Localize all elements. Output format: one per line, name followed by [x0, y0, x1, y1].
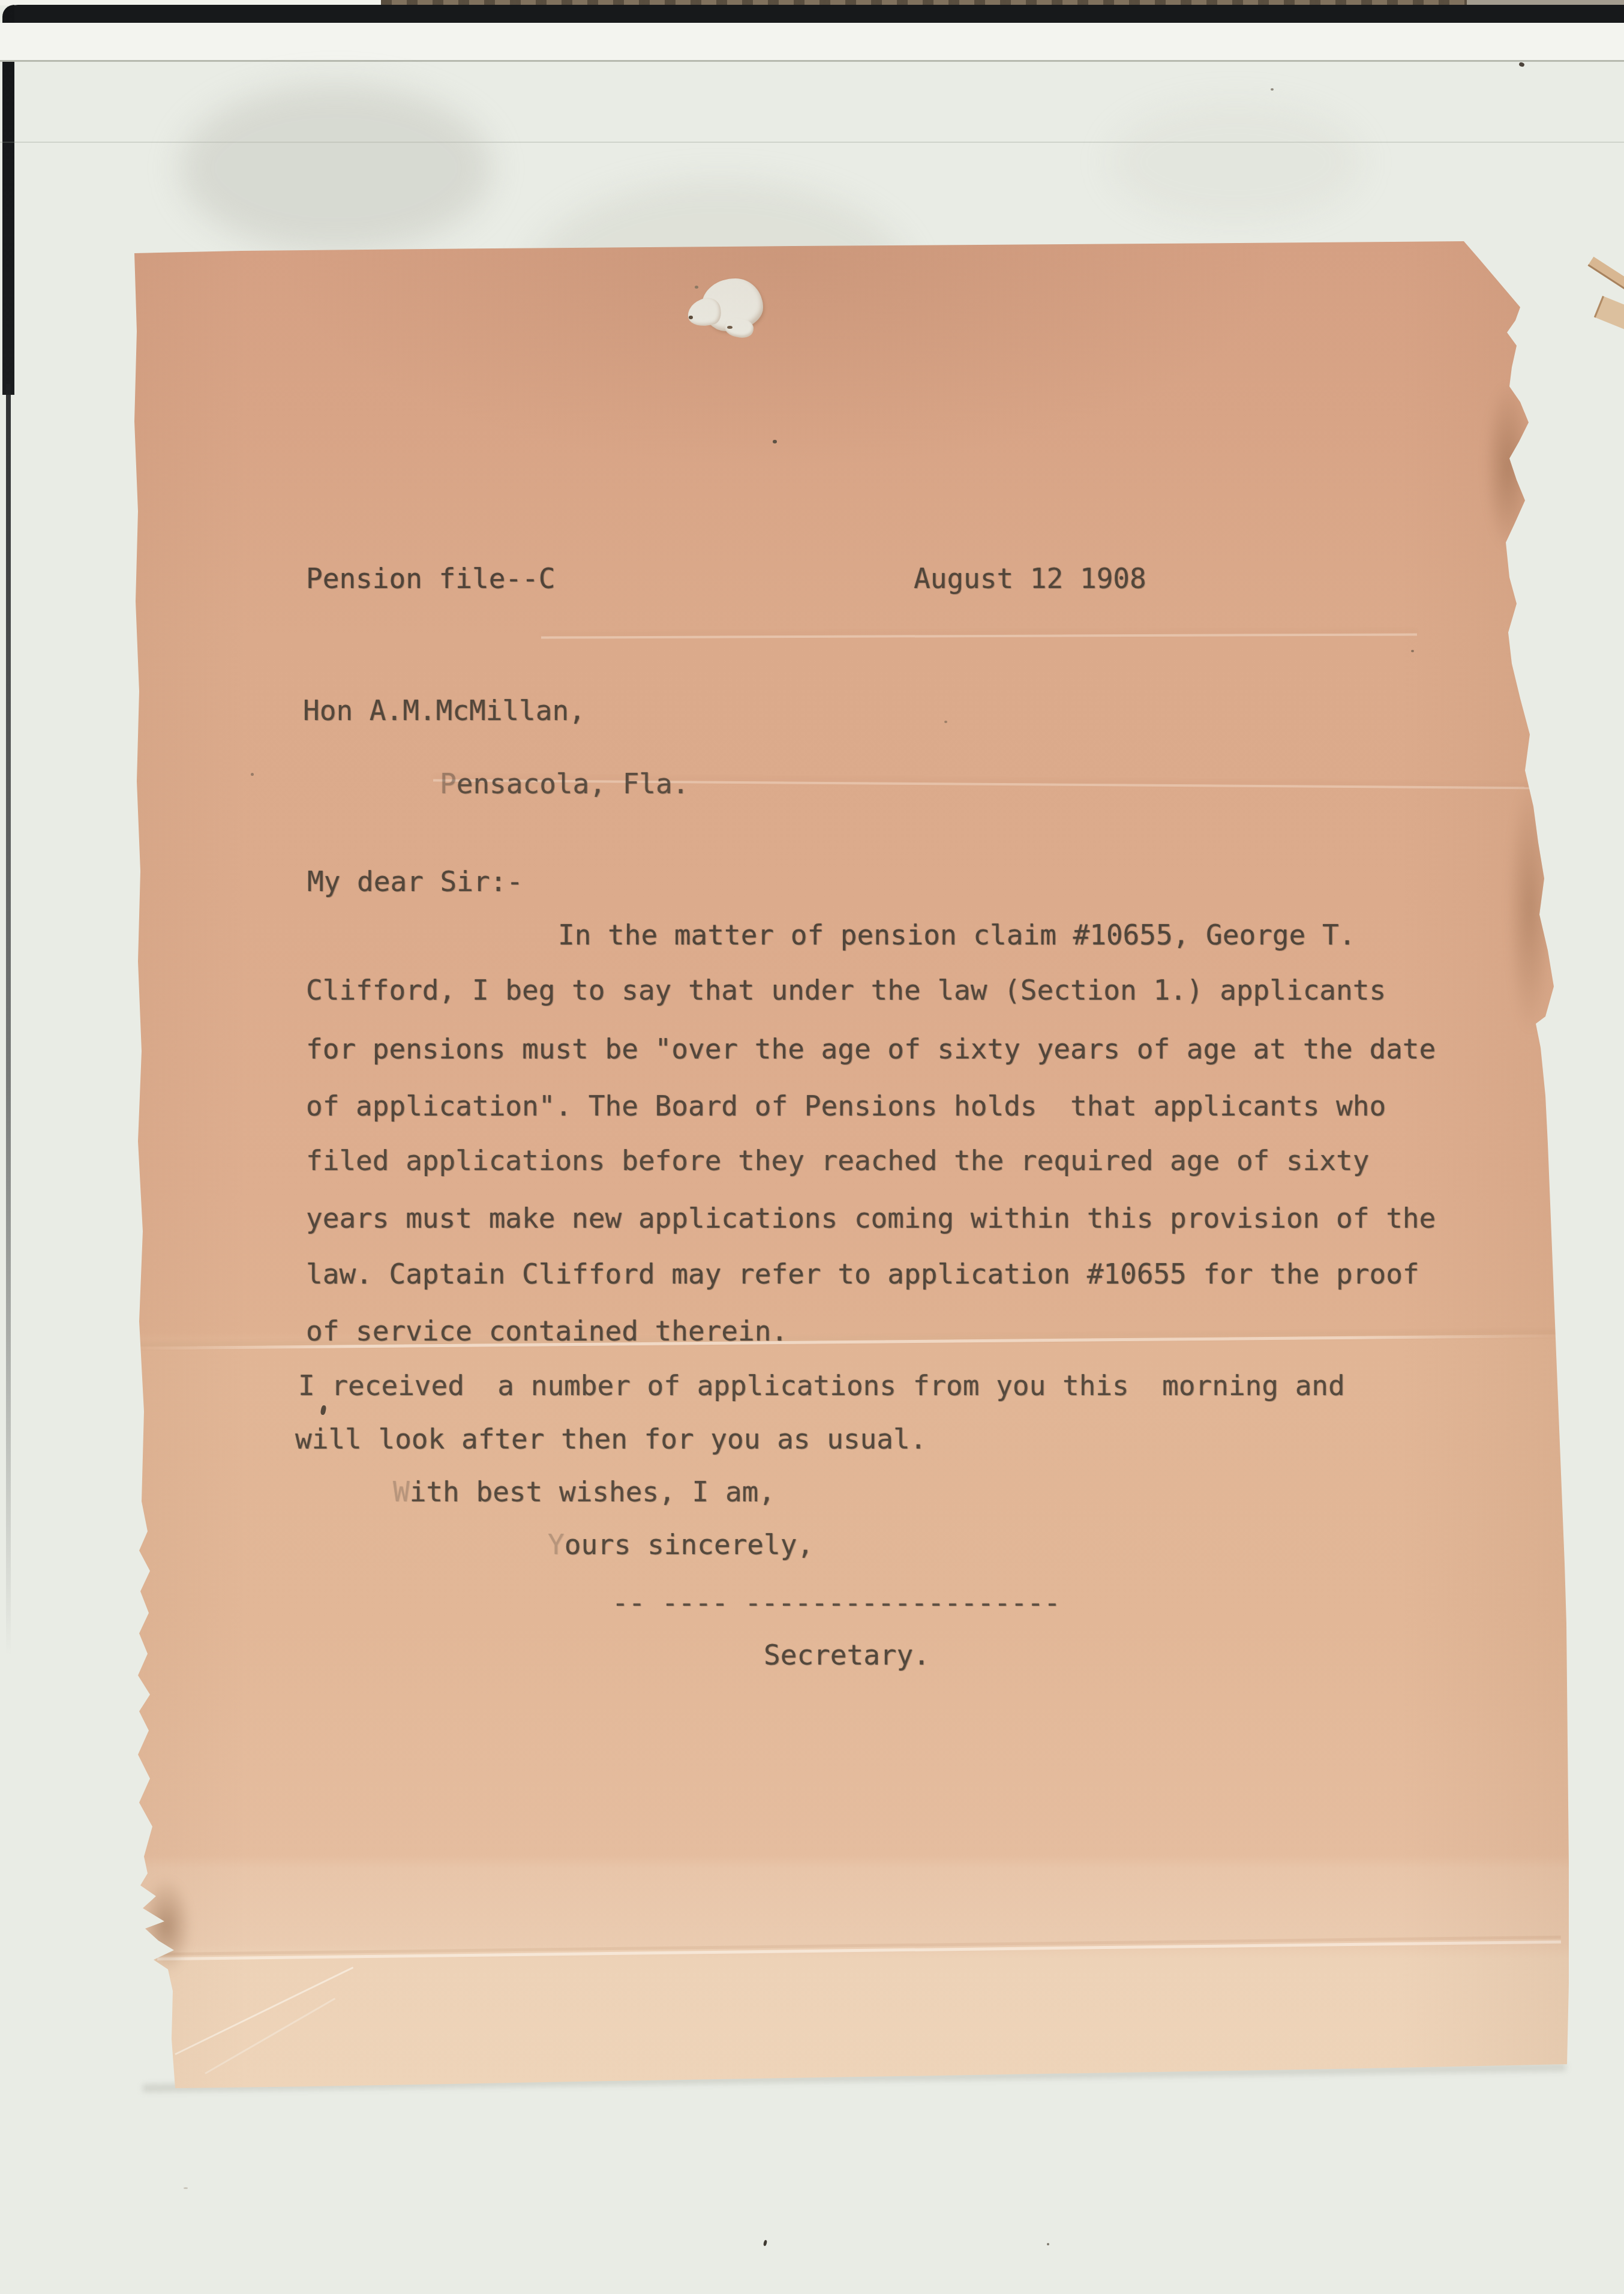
dust-speck [1047, 2243, 1049, 2245]
paper-fold-crease [157, 1941, 1561, 1961]
typed-line-recipient-name: Hon A.M.McMillan, [303, 697, 586, 724]
paper-scratch [175, 1966, 353, 2055]
scanner-frame-left [2, 5, 14, 395]
typed-line-date: August 12 1908 [914, 565, 1146, 592]
typed-line-body-8: of service contained therein. [306, 1317, 788, 1345]
letter-paper: Pension file--CAugust 12 1908Hon A.M.McM… [133, 241, 1569, 2089]
scanner-frame-top-right [960, 5, 1624, 25]
typed-line-signature-title: Secretary. [764, 1641, 930, 1669]
paper-speck [944, 721, 947, 723]
scanner-frame-left-line [6, 384, 11, 1656]
paper-sliver-fragment [1594, 296, 1624, 329]
typed-line-body-5: filed applications before they reached t… [306, 1147, 1369, 1174]
typed-line-salutation: My dear Sir:- [307, 868, 523, 895]
stray-comma-mark [320, 1405, 326, 1415]
backing-smudge [1110, 102, 1362, 222]
typed-line-body-9: I received a number of applications from… [298, 1372, 1345, 1399]
hole-rim-speck [727, 326, 733, 329]
backing-white-band [0, 23, 1624, 62]
hole-rim-speck [689, 316, 693, 319]
paper-speck [251, 773, 254, 776]
backing-smudge [180, 84, 492, 252]
typed-line-recipient-city: Pensacola, Fla. [440, 770, 689, 797]
dust-speck [1518, 62, 1525, 68]
paper-sliver-fragment [1588, 257, 1624, 292]
dust-speck [184, 2187, 188, 2189]
scan-background: Pension file--CAugust 12 1908Hon A.M.McM… [0, 0, 1624, 2294]
torn-edge-shading [1507, 781, 1553, 1033]
dust-speck [1271, 88, 1274, 91]
paper-scratch [205, 1998, 335, 2074]
typed-line-body-3: for pensions must be "over the age of si… [306, 1035, 1436, 1063]
typed-line-signature-rule: -- ---- ------------------- [612, 1589, 1061, 1617]
torn-edge-shading [140, 1878, 192, 1974]
typed-line-body-4: of application". The Board of Pensions h… [306, 1092, 1386, 1120]
typed-line-body-7: law. Captain Clifford may refer to appli… [306, 1260, 1419, 1288]
dust-speck [763, 2240, 767, 2247]
paper-crease [541, 633, 1417, 638]
typed-line-valediction: Yours sincerely, [548, 1531, 813, 1558]
paper-speck [695, 286, 698, 289]
paper-speck [1411, 650, 1414, 652]
torn-edge-shading [1484, 382, 1532, 550]
typed-line-closing: With best wishes, I am, [393, 1478, 775, 1506]
typed-line-body-10: will look after then for you as usual. [295, 1425, 926, 1453]
typed-line-body-2: Clifford, I beg to say that under the la… [306, 976, 1386, 1004]
typed-line-body-6: years must make new applications coming … [306, 1204, 1436, 1232]
typed-line-body-1: In the matter of pension claim #10655, G… [558, 921, 1355, 949]
typed-line-file-label: Pension file--C [306, 565, 555, 592]
paper-speck [773, 440, 777, 443]
paper-speck [1332, 862, 1335, 865]
